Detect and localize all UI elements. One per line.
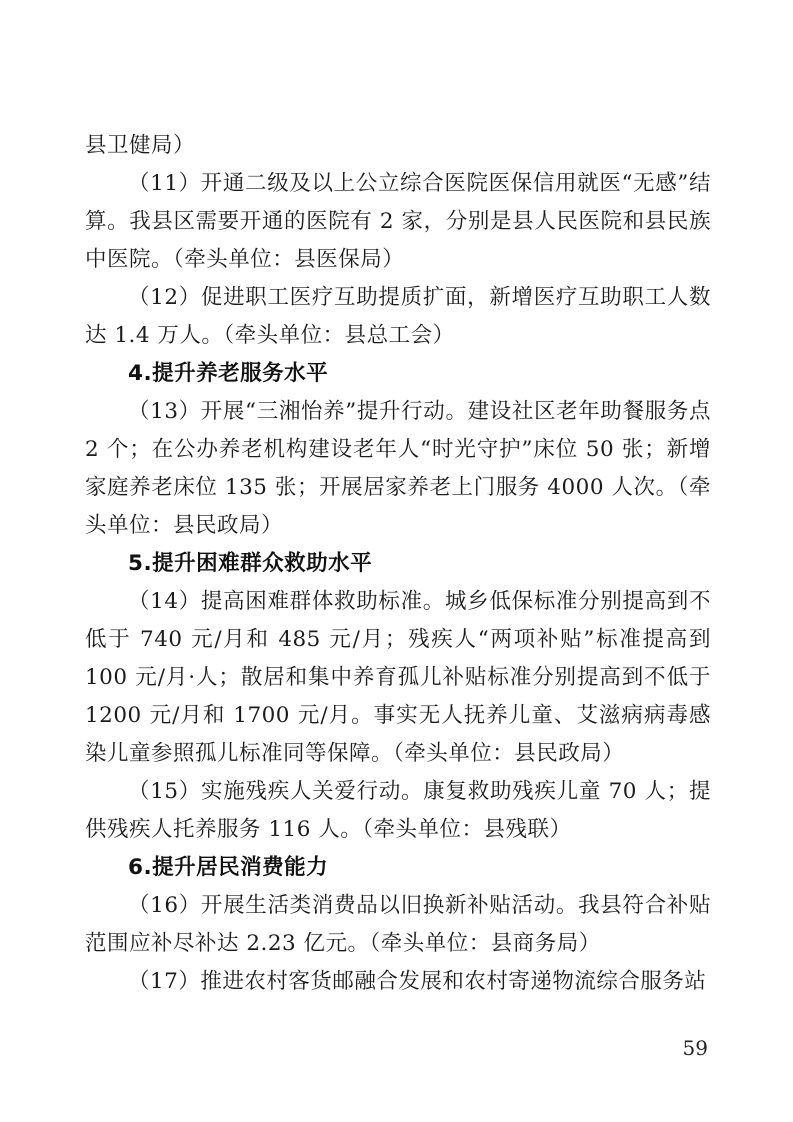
section-heading: 5.提升困难群众救助水平: [85, 545, 711, 583]
section-heading: 6.提升居民消费能力: [85, 849, 711, 887]
paragraph: （15）实施残疾人关爱行动。康复救助残疾儿童 70 人；提供残疾人托养服务 11…: [85, 773, 711, 849]
document-page: 县卫健局）（11）开通二级及以上公立综合医院医保信用就医“无感”结算。我县区需要…: [0, 0, 793, 1122]
paragraph: （13）开展“三湘怡养”提升行动。建设社区老年助餐服务点 2 个；在公办养老机构…: [85, 393, 711, 545]
document-body: 县卫健局）（11）开通二级及以上公立综合医院医保信用就医“无感”结算。我县区需要…: [85, 127, 711, 1001]
paragraph: 县卫健局）: [85, 127, 711, 165]
paragraph: （17）推进农村客货邮融合发展和农村寄递物流综合服务站: [85, 963, 711, 1001]
page-number: 59: [683, 1036, 708, 1060]
paragraph: （11）开通二级及以上公立综合医院医保信用就医“无感”结算。我县区需要开通的医院…: [85, 165, 711, 279]
section-heading: 4.提升养老服务水平: [85, 355, 711, 393]
paragraph: （12）促进职工医疗互助提质扩面，新增医疗互助职工人数达 1.4 万人。（牵头单…: [85, 279, 711, 355]
paragraph: （16）开展生活类消费品以旧换新补贴活动。我县符合补贴范围应补尽补达 2.23 …: [85, 887, 711, 963]
paragraph: （14）提高困难群体救助标准。城乡低保标准分别提高到不低于 740 元/月和 4…: [85, 583, 711, 773]
